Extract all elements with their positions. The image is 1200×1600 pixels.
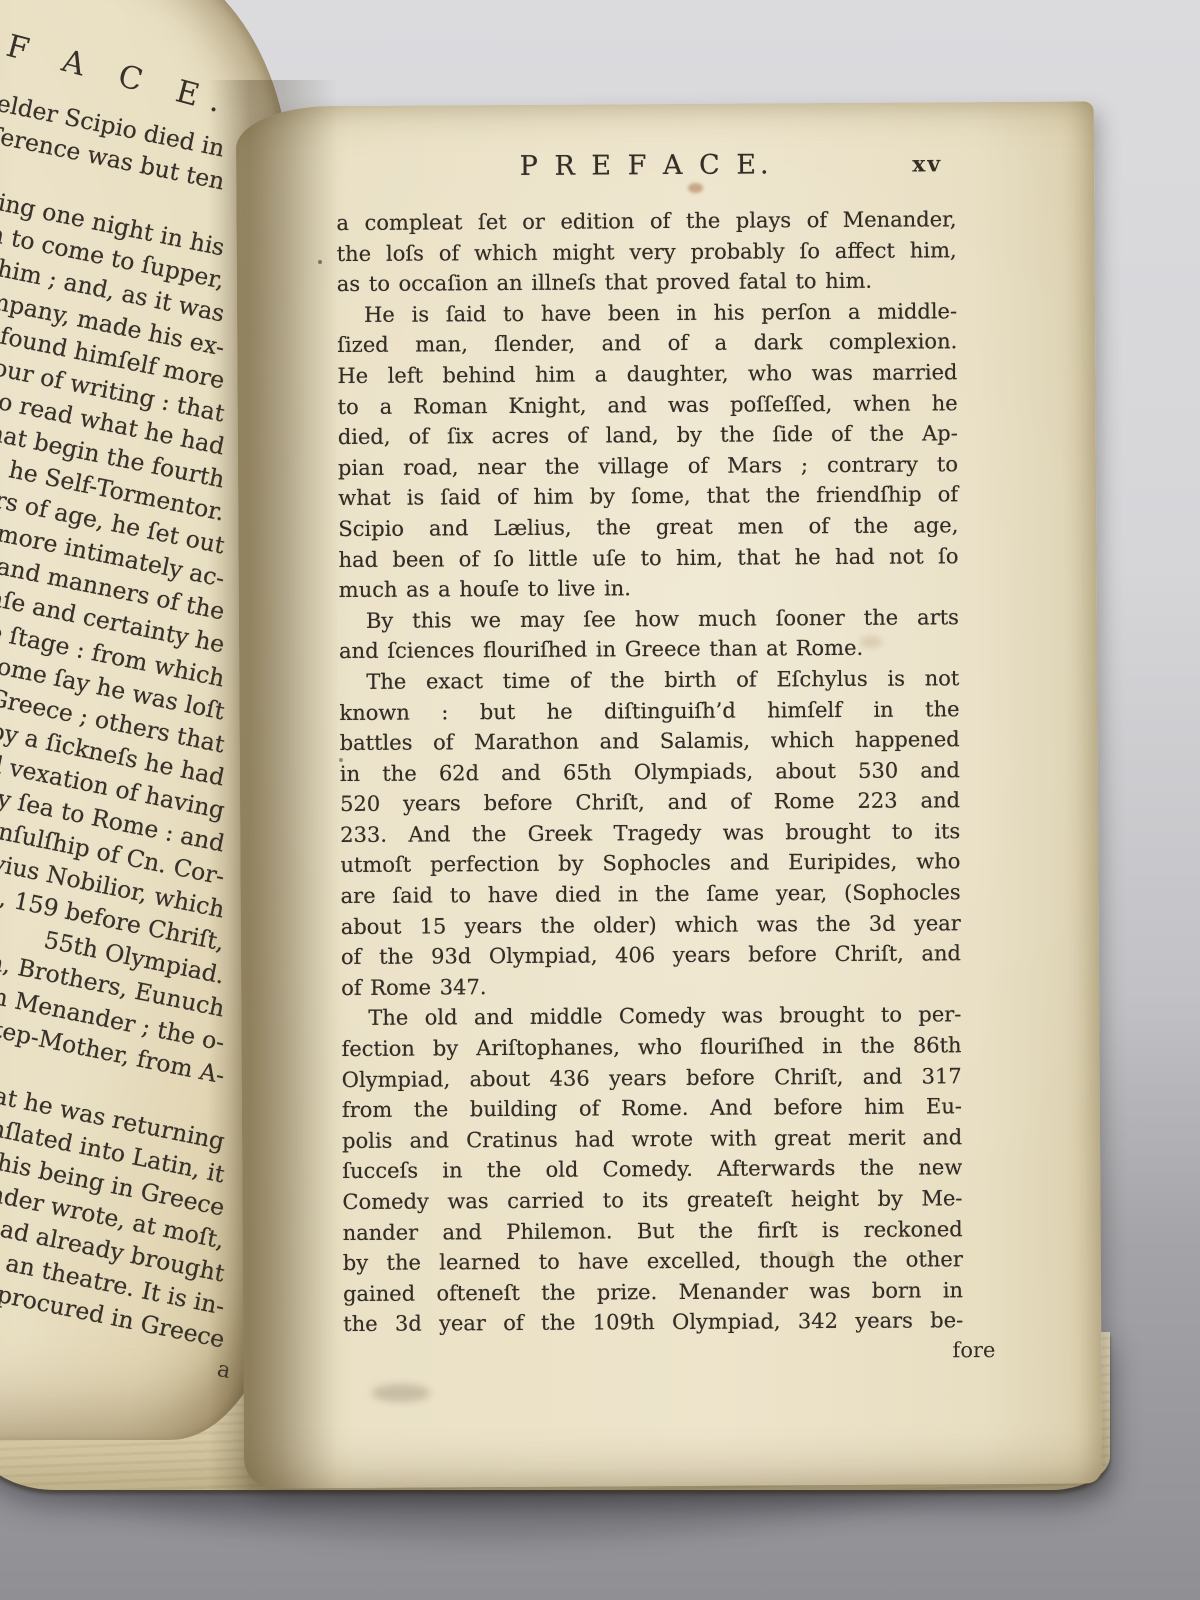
right-page-text-line: Comedy was carried to its greateſt heigh… bbox=[342, 1183, 962, 1217]
right-page-text-block: P R E F A C E. xv a compleat ſet or edit… bbox=[336, 148, 963, 1366]
right-page-body: a compleat ſet or edition of the plays o… bbox=[336, 204, 963, 1340]
right-page-text-line: 233. And the Greek Tragedy was brought t… bbox=[340, 816, 960, 850]
right-page-text-line: pian road, near the village of Mars ; co… bbox=[338, 449, 958, 483]
right-page-text-line: from the building of Rome. And before hi… bbox=[342, 1091, 962, 1125]
right-page-text-line: of the 93d Olympiad, 406 years before Ch… bbox=[341, 938, 961, 972]
right-page-text-line: to a Roman Knight, and was poſſeſſed, wh… bbox=[338, 388, 958, 422]
right-page-header-title: P R E F A C E. bbox=[336, 148, 956, 183]
right-page-text-line: The exact time of the birth of Eſchylus … bbox=[339, 663, 959, 697]
right-page-text-line: fection by Ariſtophanes, who flouriſhed … bbox=[341, 1030, 961, 1064]
right-page-text-line: and ſciences flouriſhed in Greece than a… bbox=[339, 633, 959, 667]
right-page-text-line: battles of Marathon and Salamis, which h… bbox=[340, 724, 960, 758]
right-page-text-line: By this we may ſee how much ſooner the a… bbox=[339, 602, 959, 636]
right-page-text-line: gained ofteneſt the prize. Menander was … bbox=[343, 1275, 963, 1309]
right-page-header-row: P R E F A C E. xv bbox=[336, 148, 956, 198]
right-page-text-line: died, of ſix acres of land, by the ſide … bbox=[338, 418, 958, 452]
right-page-text-line: of Rome 347. bbox=[341, 969, 961, 1003]
right-page-text-line: what is ſaid of him by ſome, that the fr… bbox=[338, 480, 958, 514]
right-page-catchword: fore bbox=[343, 1338, 995, 1366]
right-page-text-line: utmoſt perfection by Sophocles and Eurip… bbox=[340, 847, 960, 881]
right-page-text-line: Scipio and Lælius, the great men of the … bbox=[338, 510, 958, 544]
right-page-text-line: He left behind him a daughter, who was m… bbox=[337, 357, 957, 391]
left-page-text-block: the elder Scipio died inhen Terence was … bbox=[0, 134, 230, 1358]
right-page-text-line: Olympiad, about 436 years before Chriſt,… bbox=[342, 1061, 962, 1095]
right-page: P R E F A C E. xv a compleat ſet or edit… bbox=[236, 101, 1102, 1488]
right-page-text-line: ſized man, ſlender, and of a dark comple… bbox=[337, 327, 957, 361]
right-page-text-line: as to occaſion an illneſs that proved fa… bbox=[337, 265, 957, 299]
right-page-text-line: by the learned to have excelled, though … bbox=[343, 1244, 963, 1278]
right-page-text-line: much as a houſe to live in. bbox=[339, 571, 959, 605]
right-page-text-line: the 3d year of the 109th Olympiad, 342 y… bbox=[343, 1306, 963, 1340]
right-page-text-line: had been of ſo little uſe to him, that h… bbox=[338, 541, 958, 575]
right-page-text-line: are ſaid to have died in the ſame year, … bbox=[341, 877, 961, 911]
right-page-text-line: nander and Philemon. But the firſt is re… bbox=[343, 1214, 963, 1248]
right-page-text-line: ſucceſs in the old Comedy. Afterwards th… bbox=[342, 1153, 962, 1187]
right-page-text-line: in the 62d and 65th Olympiads, about 530… bbox=[340, 755, 960, 789]
right-page-text-line: polis and Cratinus had wrote with great … bbox=[342, 1122, 962, 1156]
right-page-text-line: He is ſaid to have been in his perſon a … bbox=[337, 296, 957, 330]
right-page-text-line: known : but he diſtinguiſh’d himſelf in … bbox=[339, 694, 959, 728]
photo-backdrop: F A C E. the elder Scipio died inhen Ter… bbox=[0, 0, 1200, 1600]
right-page-text-line: a compleat ſet or edition of the plays o… bbox=[336, 204, 956, 238]
right-page-text-line: The old and middle Comedy was brought to… bbox=[341, 1000, 961, 1034]
right-page-text-line: the loſs of which might very probably ſo… bbox=[337, 235, 957, 269]
right-page-text-line: 520 years before Chriſt, and of Rome 223… bbox=[340, 786, 960, 820]
right-page-number: xv bbox=[912, 151, 942, 177]
right-page-text-line: about 15 years the older) which was the … bbox=[341, 908, 961, 942]
